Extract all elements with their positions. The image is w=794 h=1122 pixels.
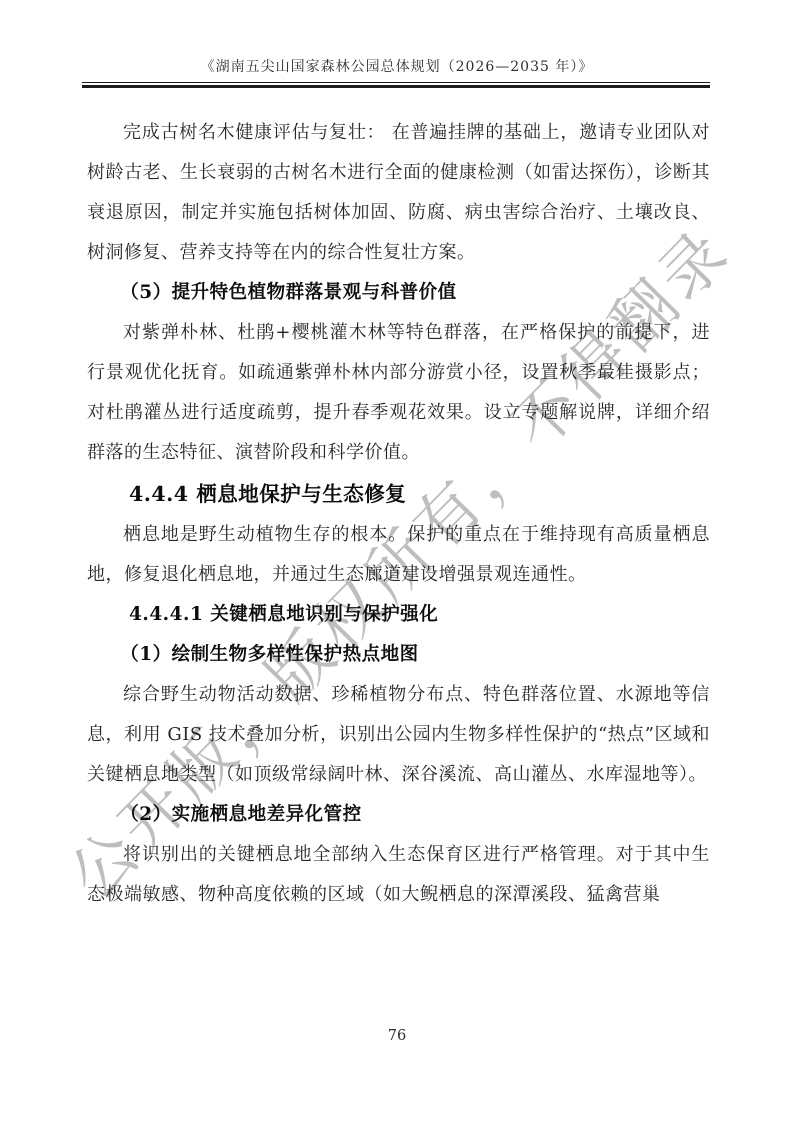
heading-1-biodiversity-hotspot-map: （1）绘制生物多样性保护热点地图: [87, 635, 710, 675]
page-number: 76: [0, 1028, 794, 1044]
paragraph-habitat-intro: 栖息地是野生动植物生存的根本。保护的重点在于维持现有高质量栖息地，修复退化栖息地…: [87, 515, 710, 595]
paragraph-habitat-control-detail: 将识别出的关键栖息地全部纳入生态保育区进行严格管理。对于其中生态极端敏感、物种高…: [87, 835, 710, 915]
heading-5-special-plant-communities: （5）提升特色植物群落景观与科普价值: [87, 273, 710, 313]
header-rule-divider: [82, 82, 710, 88]
heading-4-4-4-1-key-habitat-identification: 4.4.4.1 关键栖息地识别与保护强化: [87, 595, 710, 635]
document-page: 公开版，版权所有，不得翻录 《湖南五尖山国家森林公园总体规划（2026—2035…: [0, 0, 794, 1122]
content-area: 完成古树名木健康评估与复壮： 在普遍挂牌的基础上，邀请专业团队对树龄古老、生长衰…: [87, 113, 710, 915]
paragraph-gis-hotspot-analysis: 综合野生动物活动数据、珍稀植物分布点、特色群落位置、水源地等信息，利用 GIS …: [87, 675, 710, 795]
paragraph-ancient-tree-health: 完成古树名木健康评估与复壮： 在普遍挂牌的基础上，邀请专业团队对树龄古老、生长衰…: [87, 113, 710, 273]
heading-2-differentiated-habitat-control: （2）实施栖息地差异化管控: [87, 795, 710, 835]
paragraph-special-communities-detail: 对紫弹朴林、杜鹃+樱桃灌木林等特色群落，在严格保护的前提下，进行景观优化抚育。如…: [87, 313, 710, 473]
heading-4-4-4-habitat-protection: 4.4.4 栖息地保护与生态修复: [87, 473, 710, 515]
header-title: 《湖南五尖山国家森林公园总体规划（2026—2035 年）》: [0, 56, 794, 76]
